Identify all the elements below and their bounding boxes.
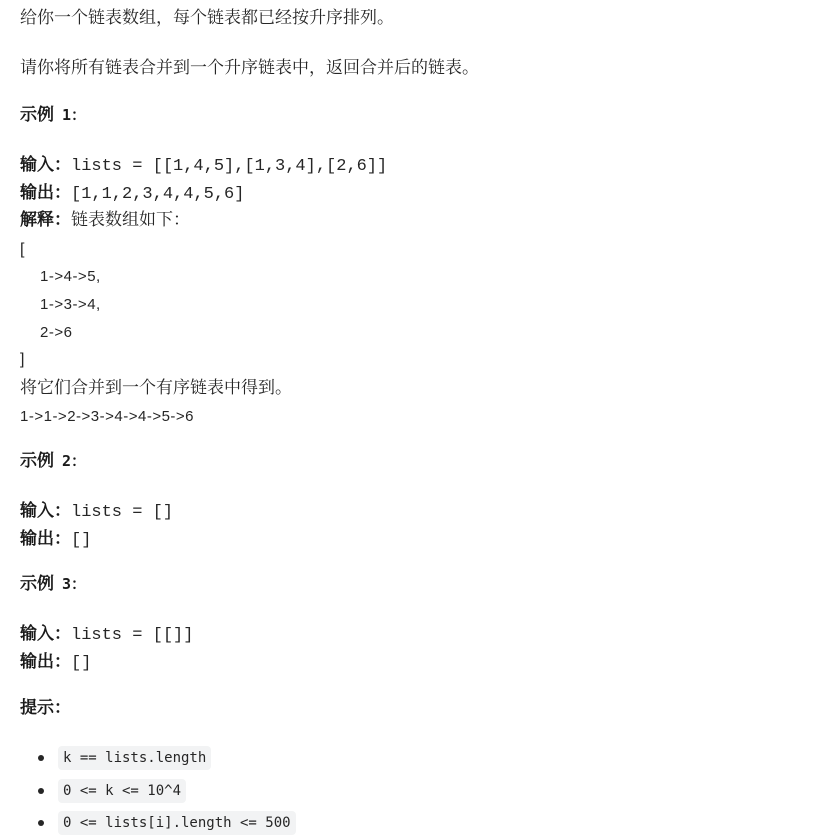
explanation-label: 解释： xyxy=(20,210,71,230)
example-1-heading: 示例1： xyxy=(20,103,86,127)
input-value: lists = [] xyxy=(71,503,173,522)
explanation-line-open-bracket: [ xyxy=(20,238,24,262)
explanation-intro: 链表数组如下： xyxy=(71,210,190,230)
explanation-line-list-3: 2->6 xyxy=(40,321,72,345)
constraint-code: 0 <= lists[i].length <= 500 xyxy=(58,811,296,835)
example-3-input: 输入：lists = [[]] xyxy=(20,622,193,648)
description-paragraph-2: 请你将所有链表合并到一个升序链表中，返回合并后的链表。 xyxy=(20,56,479,80)
example-2-input: 输入：lists = [] xyxy=(20,499,173,525)
constraint-code: 0 <= k <= 10^4 xyxy=(58,779,186,803)
example-2-output: 输出：[] xyxy=(20,527,91,553)
example-heading-label: 示例 xyxy=(20,105,54,125)
output-value: [1,1,2,3,4,4,5,6] xyxy=(71,185,244,204)
example-heading-number: 3： xyxy=(62,575,86,593)
output-label: 输出： xyxy=(20,529,71,549)
explanation-line-list-1: 1->4->5, xyxy=(40,265,101,289)
description-paragraph-1: 给你一个链表数组，每个链表都已经按升序排列。 xyxy=(20,6,394,30)
input-value: lists = [[1,4,5],[1,3,4],[2,6]] xyxy=(71,157,387,176)
input-label: 输入： xyxy=(20,624,71,644)
output-value: [] xyxy=(71,531,91,550)
output-value: [] xyxy=(71,654,91,673)
explanation-result: 1->1->2->3->4->4->5->6 xyxy=(20,405,194,429)
bullet-icon xyxy=(38,788,44,794)
explanation-line-close-bracket: ] xyxy=(20,348,24,372)
explanation-line-list-2: 1->3->4, xyxy=(40,293,101,317)
input-value: lists = [[]] xyxy=(71,626,193,645)
constraints-heading: 提示： xyxy=(20,696,71,720)
constraint-item: 0 <= k <= 10^4 xyxy=(38,779,186,803)
input-label: 输入： xyxy=(20,501,71,521)
example-2-heading: 示例2： xyxy=(20,449,86,473)
constraint-item: 0 <= lists[i].length <= 500 xyxy=(38,811,296,835)
bullet-icon xyxy=(38,755,44,761)
example-1-output: 输出：[1,1,2,3,4,4,5,6] xyxy=(20,181,244,207)
explanation-outro: 将它们合并到一个有序链表中得到。 xyxy=(20,376,292,400)
example-heading-number: 2： xyxy=(62,452,86,470)
example-heading-number: 1： xyxy=(62,106,86,124)
constraint-code: k == lists.length xyxy=(58,746,211,770)
example-3-heading: 示例3： xyxy=(20,572,86,596)
example-3-output: 输出：[] xyxy=(20,650,91,676)
example-heading-label: 示例 xyxy=(20,451,54,471)
input-label: 输入： xyxy=(20,155,71,175)
example-1-input: 输入：lists = [[1,4,5],[1,3,4],[2,6]] xyxy=(20,153,387,179)
bullet-icon xyxy=(38,820,44,826)
output-label: 输出： xyxy=(20,183,71,203)
output-label: 输出： xyxy=(20,652,71,672)
example-heading-label: 示例 xyxy=(20,574,54,594)
constraint-item: k == lists.length xyxy=(38,746,211,770)
example-1-explanation: 解释：链表数组如下： xyxy=(20,208,190,232)
